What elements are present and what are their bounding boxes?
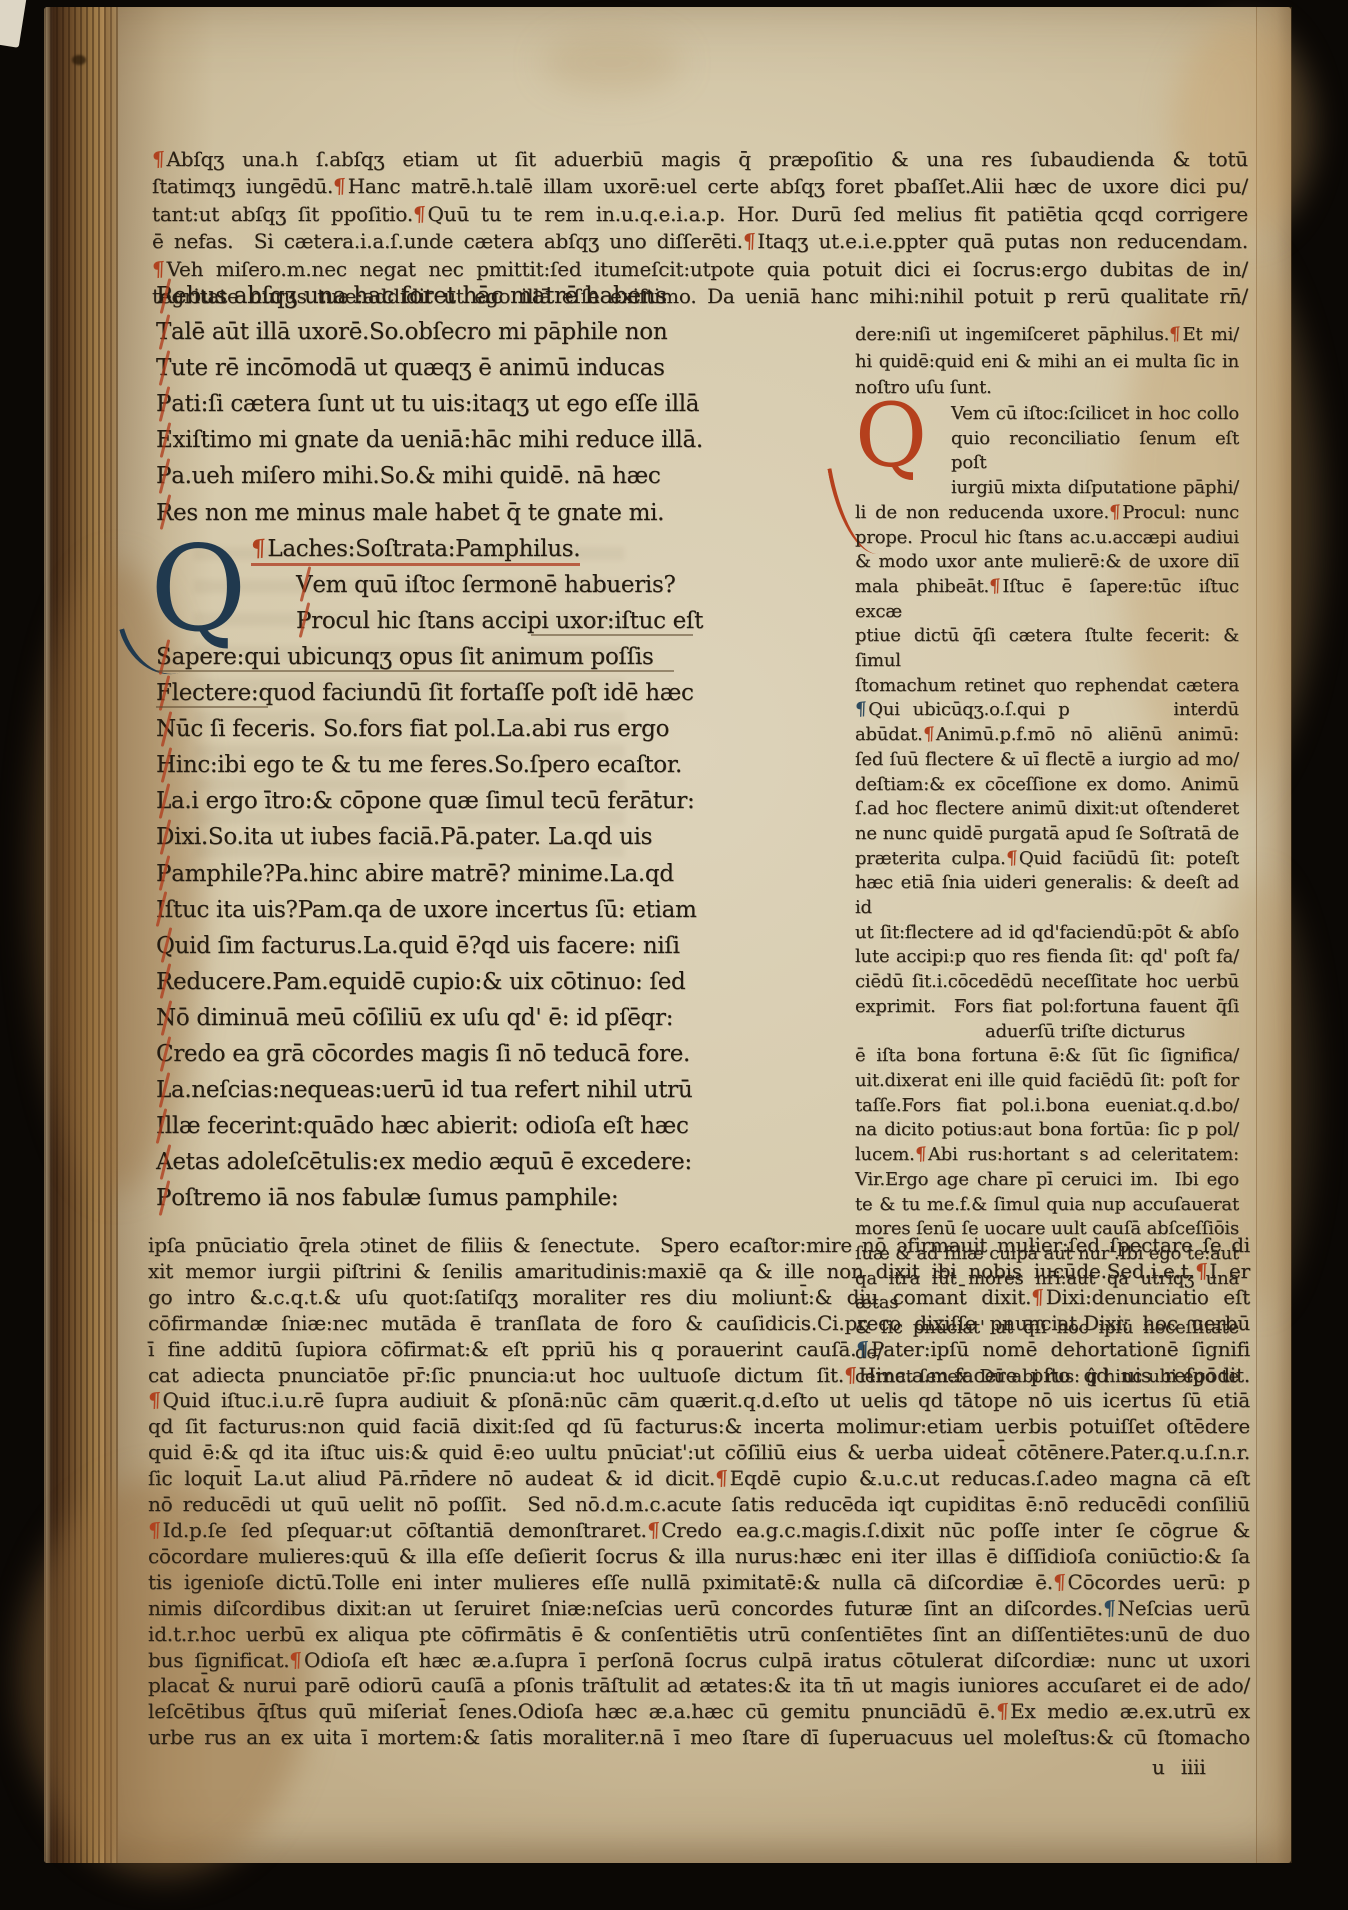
text-line: nō reducēdi ut quū uelit nō poſſit. Sed … — [148, 1492, 1250, 1518]
pilcrow-rubric-mark: ¶ — [715, 1465, 728, 1492]
rubricated-capital: Q — [156, 928, 175, 964]
rubricated-capital: L — [156, 783, 171, 819]
pilcrow-rubric-mark-dark: ¶ — [856, 1336, 869, 1363]
text-line: Pa.ueh miſero mihi.So.& mihi quidē. nā h… — [156, 458, 701, 494]
text-line: Credo ea grā cōcordes magis ſi nō teducā… — [156, 1036, 701, 1072]
text-line: Illæ fecerint:quādo hæc abierit: odioſa … — [156, 1108, 701, 1144]
rubricated-capital: I — [156, 892, 165, 928]
text-line: placat̄ & nurui parē odiorū cauſā a pſon… — [148, 1673, 1250, 1699]
text-line: quid ē:& qd ita iſtuc uis:& quid ē:eo uu… — [148, 1440, 1250, 1466]
rubricated-capital: T — [156, 314, 171, 350]
text-line: nimis diſcordibus dixit:an ut ſeruiret ſ… — [148, 1596, 1250, 1622]
rubricated-capital: P — [296, 603, 311, 639]
text-line: abūdat.¶Animū.p.f.mō nō aliēnū animū: — [855, 723, 1239, 748]
text-line: Iſtuc ita uis?Pam.qa de uxore incertus ſ… — [156, 892, 701, 928]
text-line: Rebus abſqʒ una hac foret hāc matrē habe… — [156, 278, 701, 314]
rubricated-capital: V — [296, 567, 312, 603]
text-line: prope. Procul hic ſtans ac.u.accæpi audi… — [855, 526, 1239, 551]
text-line: Pamphile?Pa.hinc abire matrē? minime.La.… — [156, 856, 701, 892]
scene-heading-text: ¶Laches:Soſtrata:Pamphilus. — [251, 536, 580, 566]
text-line: cōcordare mulieres:quū & illa eſſe deſie… — [148, 1544, 1250, 1570]
pilcrow-rubric-mark: ¶ — [148, 1388, 161, 1415]
pilcrow-rubric-mark-dark: ¶ — [1102, 1595, 1115, 1622]
text-line: id.t.r.hoc uerbū ex aliqua pte cōfirmāti… — [148, 1622, 1250, 1648]
pilcrow-rubric-mark: ¶ — [995, 1699, 1008, 1726]
rubricated-capital: T — [156, 350, 171, 386]
pilcrow-rubric-mark: ¶ — [1053, 1569, 1066, 1596]
text-line: Talē aūt illā uxorē.So.obſecro mi pāphil… — [156, 314, 701, 350]
rubricated-capital: L — [156, 1072, 171, 1108]
text-line: Flectere:quod faciundū ſit fortaſſe poſt… — [156, 675, 701, 711]
text-line: Poſtremo iā nos fabulæ ſumus pamphile: — [156, 1180, 701, 1216]
verse-block-2: Vem quū iſtoc ſermonē habueris?Procul hi… — [156, 567, 701, 1217]
pilcrow-rubric-mark-dark: ¶ — [855, 698, 867, 724]
text-line: Nūc ſi feceris. So.fors fiat pol.La.abi … — [156, 711, 701, 747]
text-line: ne nunc quidē purgatā apud ſe Soſtratā d… — [855, 822, 1239, 847]
text-line: ſtomachum retinet quo rephendat cætera — [855, 674, 1239, 699]
text-line: & modo uxor ante mulierē:& de uxore diī — [855, 550, 1239, 575]
pilcrow-rubric-mark: ¶ — [152, 145, 165, 174]
text-line: deſtiam:& ex cōceſſione ex domo. Animū — [855, 773, 1239, 798]
text-line: li de non reducenda uxore.¶Procul: nunc — [855, 501, 1239, 526]
text-line: hi quidē:quid eni & mihi an ei multa ſic… — [855, 349, 1239, 376]
rubricated-capital: I — [156, 1108, 165, 1144]
text-line: Vir.Ergo age chare pī ceruici im. Ibi eg… — [855, 1168, 1239, 1193]
text-line: dere:niſi ut ingemiſceret pāphilus.¶Et m… — [855, 322, 1239, 349]
text-line: te & tu me.f.& ſimul quia nup accuſauera… — [855, 1193, 1239, 1218]
verse-block-1: Rebus abſqʒ una hac foret hāc matrē habe… — [156, 278, 701, 531]
text-line: bus ſignificat.¶Odioſa eſt hæc æ.a.ſupra… — [148, 1648, 1250, 1674]
scanned-book-photo: { "page": { "kind_label": "incunabulum p… — [0, 0, 1348, 1910]
bottom-commentary-block: ipſa pnūciatio q̄rela ɔtinet de filiis &… — [148, 1233, 1250, 1751]
text-line: iurgiū mixta diſputatione pāphi/ — [951, 476, 1239, 501]
text-line: cat adiecta pnunciatōe pr̄:ſic pnuncia:u… — [148, 1363, 1250, 1389]
text-line: mala phibeāt.¶Iſtuc ē ſapere:tūc iſtuc e… — [855, 575, 1239, 624]
text-line: Pati:ſi cætera ſunt ut tu uis:itaqʒ ut e… — [156, 386, 701, 422]
book-page: ¶Abſqʒ una.h ſ.abſqʒ etiam ut ſit aduerb… — [44, 7, 1291, 1863]
text-line: Aetas adoleſcētulis:ex medio æquū ē exce… — [156, 1144, 701, 1180]
text-line: uit.dixerat eni ille quid faciēdū ſit: p… — [855, 1069, 1239, 1094]
ink-speck — [72, 55, 86, 65]
pilcrow-rubric-mark: ¶ — [742, 227, 755, 256]
rubricated-capital: E — [156, 422, 173, 458]
pilcrow-rubric-mark: ¶ — [844, 1362, 857, 1389]
text-line: Hinc:ibi ego te & tu me feres.So.ſpero e… — [156, 747, 701, 783]
text-line: ī fine additū ſupiora cōfirmat:& eſt ppr… — [148, 1337, 1250, 1363]
pilcrow-rubric-mark: ¶ — [413, 200, 426, 229]
quire-signature: u iiii — [1152, 1755, 1206, 1779]
pilcrow-rubric-mark: ¶ — [1109, 500, 1121, 526]
text-line: præterita culpa.¶Quid faciūdū ſit: poteſ… — [855, 847, 1239, 872]
rubricated-capital: S — [156, 639, 171, 675]
text-line: ſtatimqʒ iungēdū.¶Hanc matrē.h.talē illa… — [152, 173, 1248, 200]
text-line: tant:ut abſqʒ ſit ppoſitio.¶Quū tu te re… — [152, 201, 1248, 228]
text-line: Reducere.Pam.equidē cupio:& uix cōtinuo:… — [156, 964, 701, 1000]
text-line: ¶Qui ubicūqʒ.o.ſ.qui p interdū — [855, 698, 1239, 723]
text-line: ptiue dictū q̄ſi cætera ſtulte fecerit: … — [855, 624, 1239, 673]
rubricated-capital: N — [156, 711, 176, 747]
text-line: Exiſtimo mi gnate da ueniā:hāc mihi redu… — [156, 422, 701, 458]
text-line: ſic loquit̄ La.ut aliud Pā.rn̄dere nō au… — [148, 1466, 1250, 1492]
text-line: taſſe.Fors fiat pol.i.bona eueniat.q.d.b… — [855, 1094, 1239, 1119]
text-line: lucem.¶Abi rus:hortant s ad celeritatem: — [855, 1143, 1239, 1168]
text-line: ē nefas. Si cætera.i.a.ſ.unde cætera abſ… — [152, 228, 1248, 255]
rubricated-capital: P — [156, 386, 171, 422]
text-line: cōfirmandæ ſniæ:nec mutāda ē tranſlata d… — [148, 1311, 1250, 1337]
pilcrow-rubric-mark: ¶ — [1194, 1258, 1207, 1285]
rubricated-capital: D — [156, 819, 174, 855]
text-line: ciēdū ſit.i.cōcedēdū neceſſitate hoc uer… — [855, 970, 1239, 995]
rubricated-capital: C — [156, 1036, 173, 1072]
pilcrow-rubric-mark: ¶ — [289, 1647, 302, 1674]
text-line: exprimit. Fors fiat pol:fortuna fauent q… — [855, 995, 1239, 1020]
pilcrow-rubric-mark: ¶ — [333, 173, 346, 202]
text-line: Dixi.So.ita ut iubes faciā.Pā.pater. La.… — [156, 819, 701, 855]
text-line: ¶Id.p.ſe ſed pſequar:ut cōſtantiā demonſ… — [148, 1518, 1250, 1544]
text-line: aduerſū triſte dicturus — [855, 1020, 1239, 1045]
pilcrow-rubric-mark: ¶ — [646, 1517, 659, 1544]
text-line: Tute rē incōmodā ut quæqʒ ē animū induca… — [156, 350, 701, 386]
pilcrow-rubric-mark: ¶ — [989, 574, 1001, 600]
rubricated-capital: P — [156, 1180, 171, 1216]
rubricated-capital: R — [156, 964, 173, 1000]
rubricated-capital: N — [156, 1000, 176, 1036]
rubricated-capital: R — [156, 278, 173, 314]
initial-letter-q-red: Q — [855, 392, 927, 480]
text-line: ¶Quid iſtuc.i.u.rē ſupra audiuit & pſonā… — [148, 1388, 1250, 1414]
text-line: na dicito potius:aut bona fortūa: ſic p … — [855, 1118, 1239, 1143]
rubricated-capital: P — [156, 856, 171, 892]
text-line: go intro &.c.q.t.& uſu quot:ſatiſqʒ mora… — [148, 1285, 1250, 1311]
pilcrow-rubric-mark: ¶ — [922, 722, 934, 748]
text-line: Nō diminuā meū cōſiliū ex uſu qd' ē: id … — [156, 1000, 701, 1036]
text-line: Sapere:qui ubicunqʒ opus ſit animum poſſ… — [156, 639, 701, 675]
text-line: lute accipi:p quo res fienda ſit: qd' po… — [855, 945, 1239, 970]
rubricated-capital: A — [156, 1144, 172, 1180]
rubricated-capital: F — [156, 675, 172, 711]
pilcrow-rubric-mark: ¶ — [1031, 1284, 1044, 1311]
text-line: ipſa pnūciatio q̄rela ɔtinet de filiis &… — [148, 1233, 1250, 1259]
text-line: qd ſit facturus:non quid faciā dixit:ſed… — [148, 1414, 1250, 1440]
text-line: xit memor iurgii piſtrini & ſenilis amar… — [148, 1259, 1250, 1285]
text-line: Quid ſim facturus.La.quid ē?qd uis facer… — [156, 928, 701, 964]
text-line: ut ſit:flectere ad id qd'faciendū:pōt & … — [855, 921, 1239, 946]
pilcrow-rubric-mark: ¶ — [1169, 321, 1181, 349]
text-line: La.i ergo ītro:& cōpone quæ ſimul tecū f… — [156, 783, 701, 819]
pilcrow-rubric-mark: ¶ — [914, 1142, 926, 1168]
facing-page-corner — [0, 0, 27, 48]
text-line: Vem quū iſtoc ſermonē habueris? — [296, 567, 701, 603]
main-verse-column: Rebus abſqʒ una hac foret hāc matrē habe… — [156, 278, 701, 1216]
rubricated-capital: H — [156, 747, 176, 783]
text-line: hæc etiā ſnia uideri generalis: & deeſt … — [855, 871, 1239, 920]
pilcrow-rubric-mark: ¶ — [250, 530, 266, 568]
text-line: Procul hic ſtans accipi uxor:iſtuc eſt — [296, 603, 701, 639]
text-line: urbe rus an ex uita ī mortem:& ſatis mor… — [148, 1725, 1250, 1751]
text-line: quio reconciliatio ſenum eſt poſt — [951, 427, 1239, 476]
water-stain — [542, 33, 682, 93]
text-line: ſed ſuū flectere & uī flectē a iurgio ad… — [855, 748, 1239, 773]
text-line: tis igenioſe dictū.Tolle eni inter mulie… — [148, 1570, 1250, 1596]
pilcrow-rubric-mark: ¶ — [148, 1517, 161, 1544]
text-line: ē iſta bona fortuna ē:& ſūt ſic ſignific… — [855, 1044, 1239, 1069]
text-line: ¶Abſqʒ una.h ſ.abſqʒ etiam ut ſit aduerb… — [152, 146, 1248, 173]
initial-letter-q-blue: Q — [150, 530, 246, 648]
text-line: leſcētibus q̄ſtus quū miſeriat̄ ſenes.Od… — [148, 1699, 1250, 1725]
text-line: La.neſcias:nequeas:uerū id tua refert ni… — [156, 1072, 701, 1108]
text-line: Vem cū iſtoc:ſcilicet in hoc collo — [951, 402, 1239, 427]
rubricated-capital: P — [156, 458, 171, 494]
text-line: ſ.ad hoc flectere animū dixit:ut oſtende… — [855, 797, 1239, 822]
pilcrow-rubric-mark: ¶ — [1005, 846, 1017, 872]
